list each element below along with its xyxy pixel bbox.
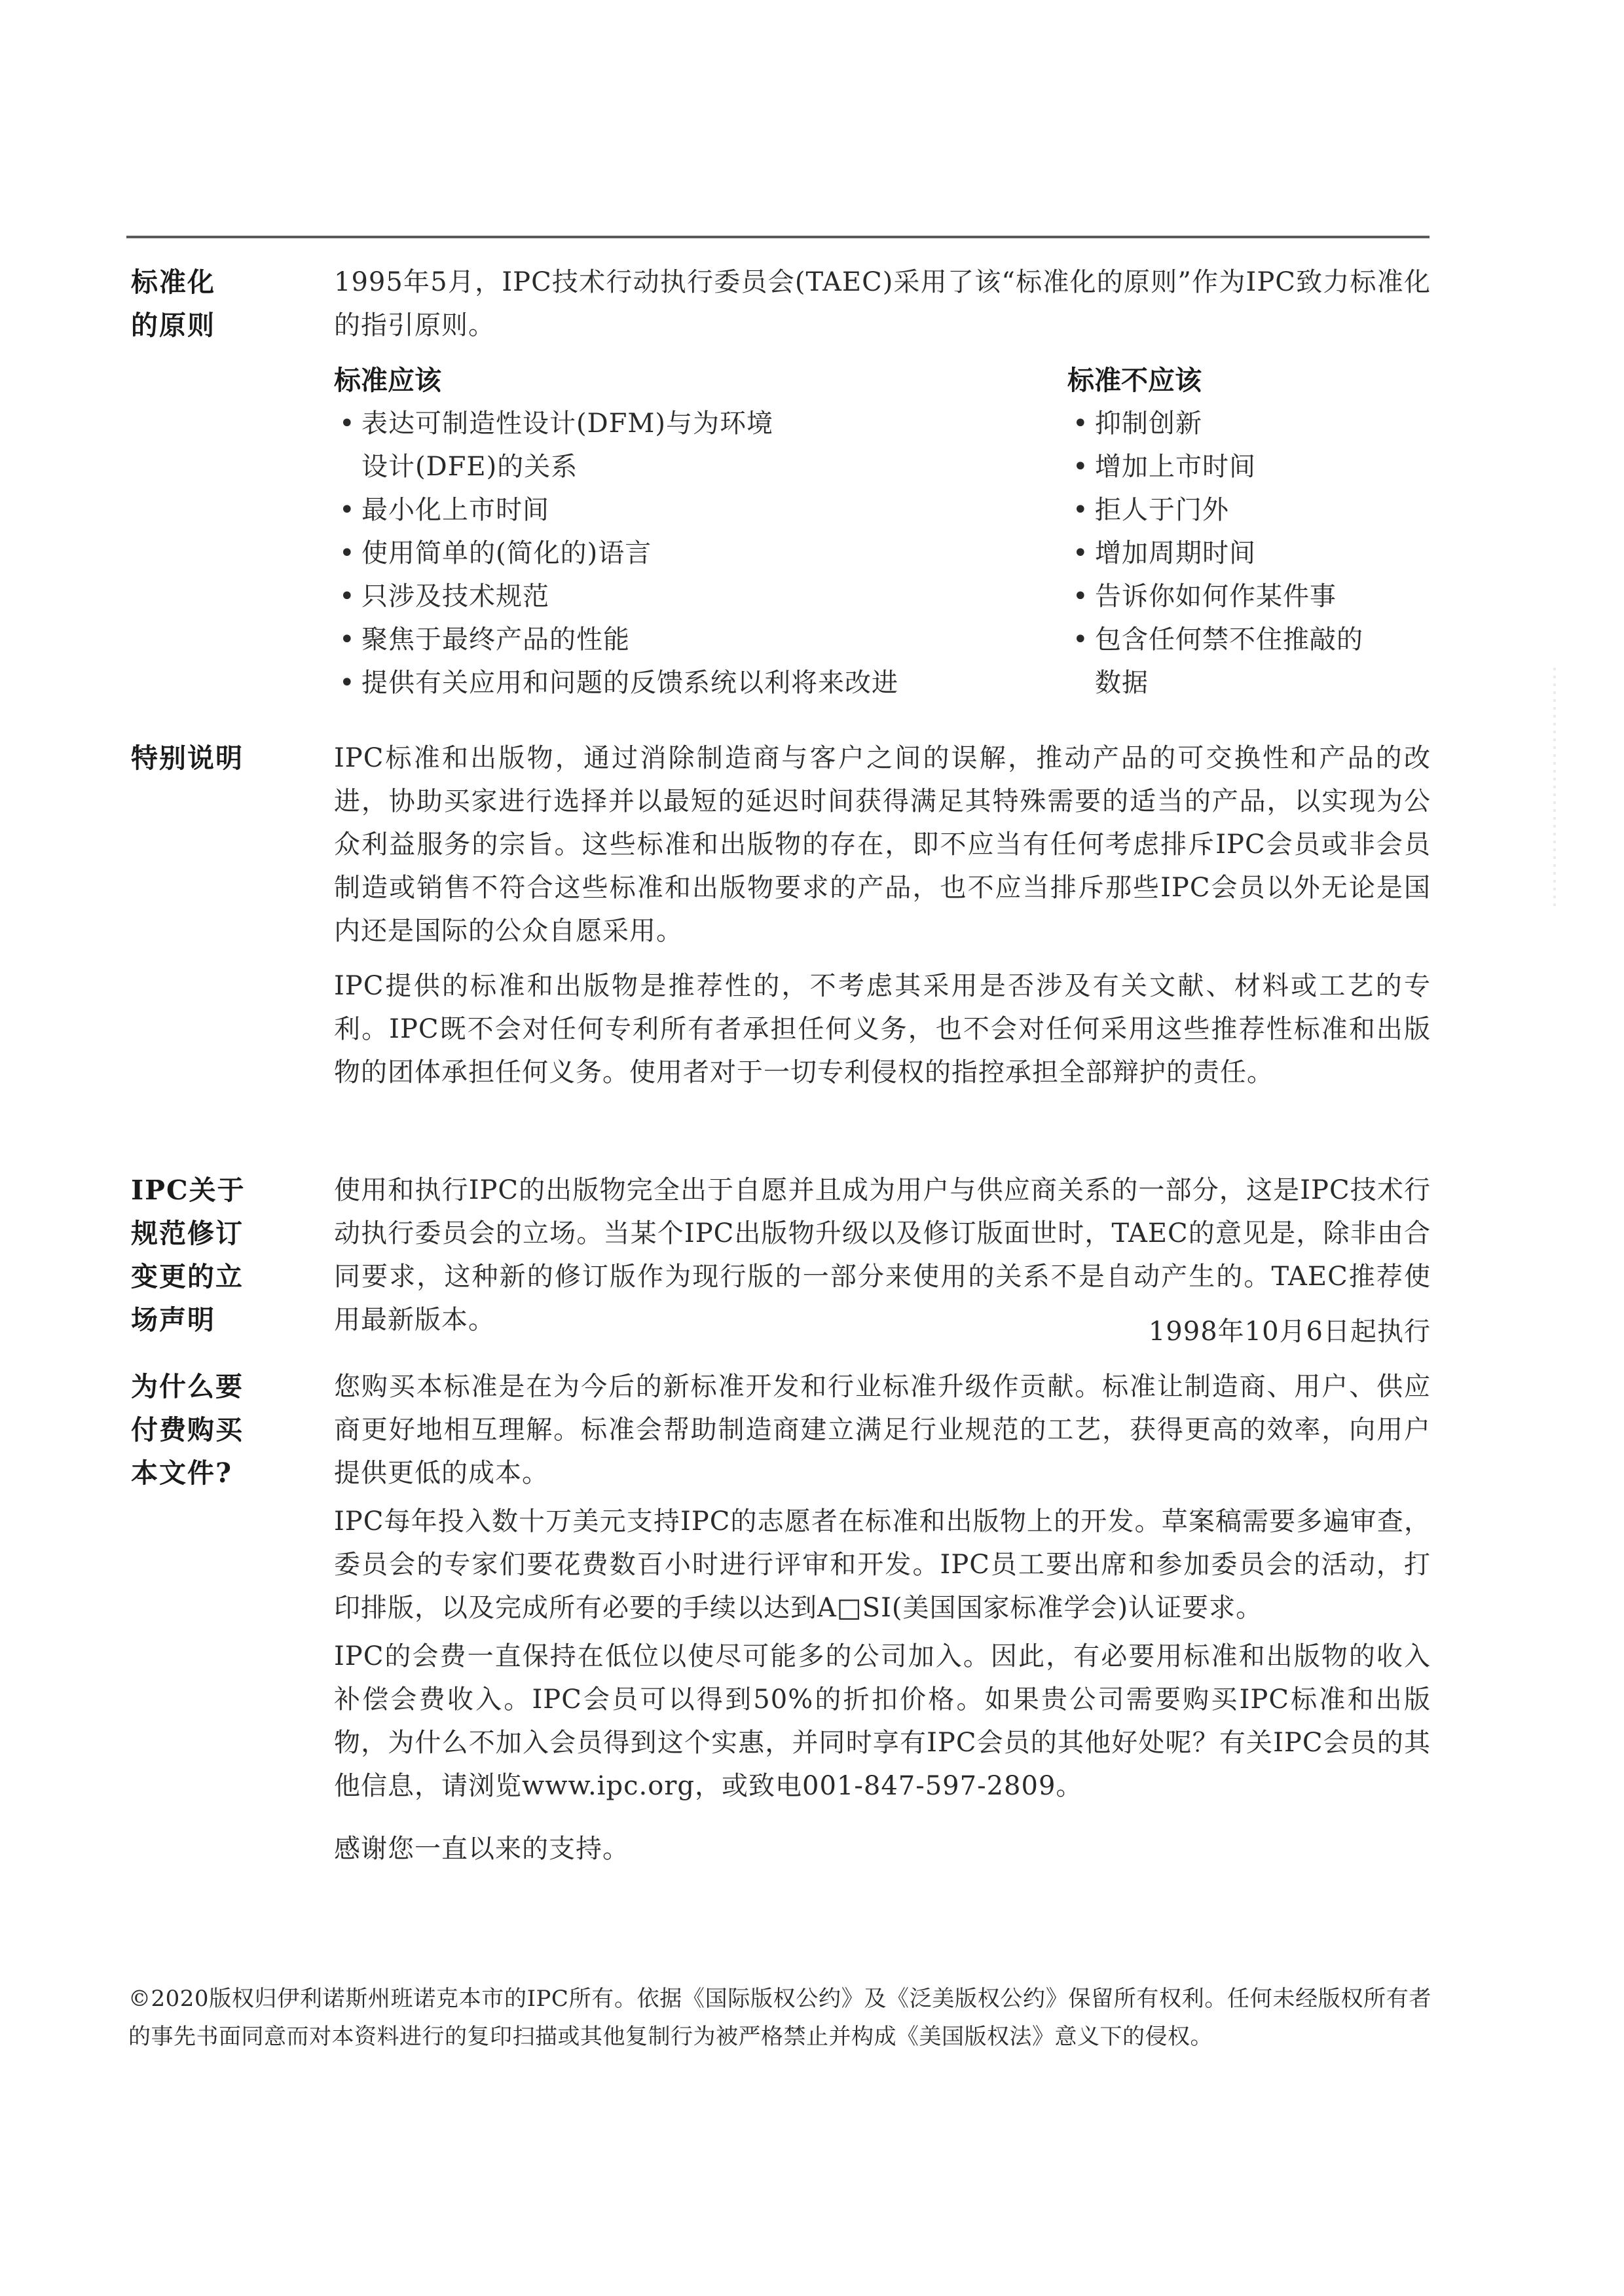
principles-intro: 1995年5月，IPC技术行动执行委员会(TAEC)采用了该“标准化的原则”作为…: [334, 261, 1431, 347]
why-pay-paragraph: 您购买本标准是在为今后的新标准开发和行业标准升级作贡献。标准让制造商、用户、供应…: [334, 1365, 1431, 1495]
section-label-revision-policy: IPC关于 规范修订 变更的立 场声明: [131, 1169, 301, 1341]
scan-artifact: [1553, 668, 1556, 910]
label-line: 场声明: [131, 1298, 301, 1341]
section-label-why-pay: 为什么要 付费购买 本文件?: [131, 1365, 301, 1495]
should-not-item: 增加上市时间: [1067, 445, 1434, 488]
label-line: 特别说明: [131, 737, 301, 780]
should-item: 只涉及技术规范: [334, 575, 1002, 618]
should-not-item: 增加周期时间: [1067, 532, 1434, 575]
label-line: 为什么要: [131, 1365, 301, 1408]
should-item: 提供有关应用和问题的反馈系统以利将来改进: [334, 661, 1002, 704]
section-body-revision-policy: 使用和执行IPC的出版物完全出于自愿并且成为用户与供应商关系的一部分，这是IPC…: [334, 1169, 1431, 1341]
label-line: 变更的立: [131, 1255, 301, 1298]
special-notes-paragraph: IPC标准和出版物，通过消除制造商与客户之间的误解，推动产品的可交换性和产品的改…: [334, 737, 1431, 953]
label-line: 标准化: [131, 261, 301, 304]
why-pay-paragraph: IPC每年投入数十万美元支持IPC的志愿者在标准和出版物上的开发。草案稿需要多遍…: [334, 1500, 1431, 1630]
should-column: 标准应该 表达可制造性设计(DFM)与为环境设计(DFE)的关系 最小化上市时间…: [334, 359, 1002, 704]
section-body-special-notes: IPC标准和出版物，通过消除制造商与客户之间的误解，推动产品的可交换性和产品的改…: [334, 737, 1431, 1094]
thanks-line: 感谢您一直以来的支持。: [334, 1827, 1431, 1870]
label-line: 付费购买: [131, 1408, 301, 1451]
section-label-special-notes: 特别说明: [131, 737, 301, 780]
copyright-notice: ©2020版权归伊利诺斯州班诺克本市的IPC所有。依据《国际版权公约》及《泛美版…: [128, 1980, 1431, 2056]
top-horizontal-rule: [126, 236, 1430, 238]
revision-policy-block: 使用和执行IPC的出版物完全出于自愿并且成为用户与供应商关系的一部分，这是IPC…: [334, 1169, 1431, 1341]
why-pay-paragraph: IPC的会费一直保持在低位以使尽可能多的公司加入。因此，有必要用标准和出版物的收…: [334, 1635, 1431, 1808]
section-body-why-pay: 您购买本标准是在为今后的新标准开发和行业标准升级作贡献。标准让制造商、用户、供应…: [334, 1365, 1431, 1870]
section-label-principles: 标准化 的原则: [131, 261, 301, 347]
should-list: 表达可制造性设计(DFM)与为环境设计(DFE)的关系 最小化上市时间 使用简单…: [334, 402, 1002, 704]
special-notes-paragraph: IPC提供的标准和出版物是推荐性的，不考虑其采用是否涉及有关文献、材料或工艺的专…: [334, 964, 1431, 1094]
should-not-title: 标准不应该: [1067, 359, 1434, 402]
should-not-list: 抑制创新 增加上市时间 拒人于门外 增加周期时间 告诉你如何作某件事 包含任何禁…: [1067, 402, 1434, 704]
label-line: 规范修订: [131, 1212, 301, 1255]
should-not-item: 包含任何禁不住推敲的数据: [1067, 618, 1370, 704]
effective-date: 1998年10月6日起执行: [1149, 1310, 1431, 1353]
section-body-principles: 1995年5月，IPC技术行动执行委员会(TAEC)采用了该“标准化的原则”作为…: [334, 261, 1431, 712]
should-not-item: 抑制创新: [1067, 402, 1434, 445]
label-line: 的原则: [131, 304, 301, 347]
principles-columns: 标准应该 表达可制造性设计(DFM)与为环境设计(DFE)的关系 最小化上市时间…: [334, 359, 1431, 712]
should-not-column: 标准不应该 抑制创新 增加上市时间 拒人于门外 增加周期时间 告诉你如何作某件事…: [1067, 359, 1434, 704]
should-item: 表达可制造性设计(DFM)与为环境设计(DFE)的关系: [334, 402, 794, 488]
label-line: IPC关于: [131, 1169, 301, 1212]
should-item: 使用简单的(简化的)语言: [334, 532, 1002, 575]
should-not-item: 拒人于门外: [1067, 488, 1434, 532]
label-line: 本文件?: [131, 1451, 301, 1495]
should-title: 标准应该: [334, 359, 1002, 402]
should-item: 聚焦于最终产品的性能: [334, 618, 1002, 661]
should-not-item: 告诉你如何作某件事: [1067, 575, 1434, 618]
should-item: 最小化上市时间: [334, 488, 1002, 532]
